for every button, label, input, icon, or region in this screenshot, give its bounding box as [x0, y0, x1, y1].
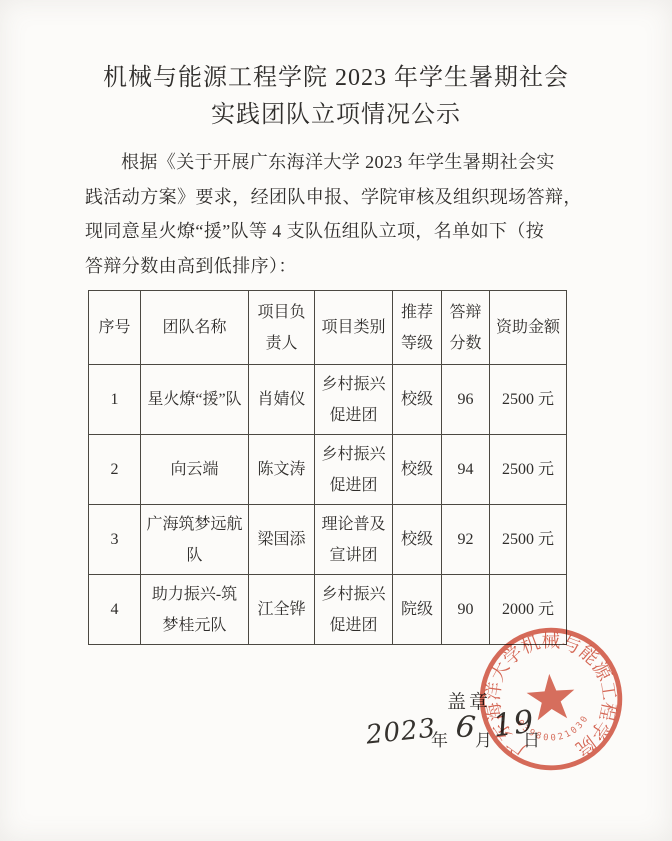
cell-funding: 2500 元 — [490, 435, 567, 505]
cell-category: 乡村振兴促进团 — [315, 435, 393, 505]
table-row: 1 星火燎“援”队 肖婧仪 乡村振兴促进团 校级 96 2500 元 — [89, 365, 567, 435]
cell-funding: 2000 元 — [490, 575, 567, 645]
cell-leader: 梁国添 — [249, 505, 315, 575]
cell-level: 校级 — [393, 505, 442, 575]
date-day-unit: 日 — [523, 726, 540, 751]
cell-team: 星火燎“援”队 — [141, 365, 249, 435]
cell-level: 院级 — [393, 575, 442, 645]
cell-team: 助力振兴-筑梦桂元队 — [141, 575, 249, 645]
approval-table: 序号 团队名称 项目负责人 项目类别 推荐等级 答辩分数 资助金额 1 星火燎“… — [88, 290, 567, 645]
document-page: 机械与能源工程学院 2023 年学生暑期社会 实践团队立项情况公示 根据《关于开… — [0, 0, 672, 841]
date-month-unit: 月 — [475, 726, 492, 751]
seal-code: 03980021030 — [514, 712, 593, 746]
cell-leader: 肖婧仪 — [249, 365, 315, 435]
date-day-handwritten: 19 — [491, 704, 537, 745]
cell-team: 广海筑梦远航队 — [141, 505, 249, 575]
header-cell-funding: 资助金额 — [490, 291, 567, 365]
cell-seq: 3 — [89, 505, 141, 575]
cell-team: 向云端 — [141, 435, 249, 505]
cell-funding: 2500 元 — [490, 505, 567, 575]
cell-leader: 陈文涛 — [249, 435, 315, 505]
cell-score: 94 — [442, 435, 490, 505]
date-year-handwritten: 2023 — [365, 713, 438, 750]
table-row: 2 向云端 陈文涛 乡村振兴促进团 校级 94 2500 元 — [89, 435, 567, 505]
header-cell-level: 推荐等级 — [393, 291, 442, 365]
intro-paragraph: 根据《关于开展广东海洋大学 2023 年学生暑期社会实 践活动方案》要求，经团队… — [85, 145, 594, 283]
cell-category: 乡村振兴促进团 — [315, 575, 393, 645]
cell-funding: 2500 元 — [490, 365, 567, 435]
cell-leader: 江全铧 — [249, 575, 315, 645]
header-cell-seq: 序号 — [89, 291, 141, 365]
cell-score: 92 — [442, 505, 490, 575]
cell-score: 96 — [442, 365, 490, 435]
seal-label: 盖章 — [447, 687, 491, 714]
table-row: 4 助力振兴-筑梦桂元队 江全铧 乡村振兴促进团 院级 90 2000 元 — [89, 575, 567, 645]
cell-score: 90 — [442, 575, 490, 645]
date-year-unit: 年 — [431, 726, 448, 751]
table-row: 3 广海筑梦远航队 梁国添 理论普及宣讲团 校级 92 2500 元 — [89, 505, 567, 575]
header-cell-team: 团队名称 — [141, 291, 249, 365]
seal-ring — [478, 626, 625, 773]
seal-star-icon — [525, 672, 576, 721]
cell-level: 校级 — [393, 365, 442, 435]
cell-category: 理论普及宣讲团 — [315, 505, 393, 575]
header-cell-leader: 项目负责人 — [249, 291, 315, 365]
table-header-row: 序号 团队名称 项目负责人 项目类别 推荐等级 答辩分数 资助金额 — [89, 291, 567, 365]
cell-seq: 1 — [89, 365, 141, 435]
cell-seq: 2 — [89, 435, 141, 505]
page-title: 机械与能源工程学院 2023 年学生暑期社会 实践团队立项情况公示 — [60, 60, 612, 134]
cell-level: 校级 — [393, 435, 442, 505]
svg-text:03980021030: 03980021030 — [514, 712, 593, 746]
header-cell-score: 答辩分数 — [442, 291, 490, 365]
cell-seq: 4 — [89, 575, 141, 645]
header-cell-category: 项目类别 — [315, 291, 393, 365]
date-month-handwritten: 6 — [454, 709, 477, 746]
cell-category: 乡村振兴促进团 — [315, 365, 393, 435]
